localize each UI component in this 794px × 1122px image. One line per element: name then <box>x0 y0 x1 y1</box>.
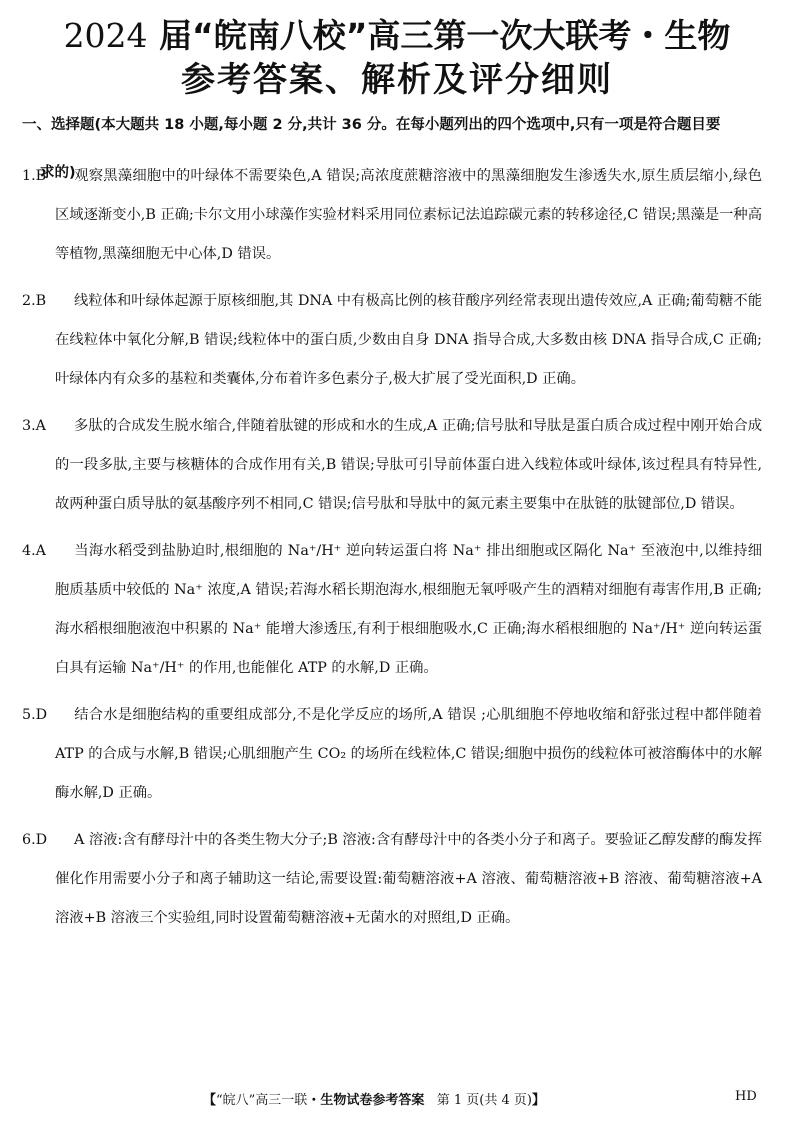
footer-bracket-open: 【 <box>203 1093 216 1108</box>
answer-item-2: 2.B线粒体和叶绿体起源于原核细胞,其 DNA 中有极高比例的核苷酸序列经常表现… <box>22 282 762 399</box>
footer-exam-name: “皖八”高三一联 <box>216 1093 307 1108</box>
answer-number: 5.D <box>22 696 74 735</box>
footer-code: HD <box>735 1089 757 1104</box>
footer-caption: 【“皖八”高三一联・生物试卷参考答案 第 1 页(共 4 页)】 <box>203 1089 545 1108</box>
document-subtitle: 参考答案、解析及评分细则 <box>0 58 794 102</box>
answer-item-1: 1.B观察黑藻细胞中的叶绿体不需要染色,A 错误;高浓度蔗糖溶液中的黑藻细胞发生… <box>22 157 762 274</box>
answer-number: 3.A <box>22 407 74 446</box>
answer-number: 1.B <box>22 157 74 196</box>
section-heading-line1: 一、选择题(本大题共 18 小题,每小题 2 分,共计 36 分。在每小题列出的… <box>22 117 720 133</box>
title-year: 2024 <box>64 16 148 55</box>
answer-item-3: 3.A多肽的合成发生脱水缩合,伴随着肽键的形成和水的生成,A 正确;信号肽和导肽… <box>22 407 762 524</box>
answer-explanation: A 溶液:含有酵母汁中的各类生物大分子;B 溶液:含有酵母汁中的各类小分子和离子… <box>55 832 762 926</box>
answer-explanation: 结合水是细胞结构的重要组成部分,不是化学反应的场所,A 错误 ;心肌细胞不停地收… <box>55 707 762 801</box>
footer-bracket-close: 】 <box>532 1093 545 1108</box>
answer-number: 4.A <box>22 532 74 571</box>
answer-explanation: 多肽的合成发生脱水缩合,伴随着肽键的形成和水的生成,A 正确;信号肽和导肽是蛋白… <box>55 418 762 512</box>
answer-item-6: 6.DA 溶液:含有酵母汁中的各类生物大分子;B 溶液:含有酵母汁中的各类小分子… <box>22 821 762 938</box>
answer-number: 2.B <box>22 282 74 321</box>
footer-doc-name: 生物试卷参考答案 <box>320 1093 424 1108</box>
document-title: 2024 届“皖南八校”高三第一次大联考・生物 <box>0 14 794 58</box>
footer-dot: ・ <box>307 1093 320 1108</box>
footer-page-info: 第 1 页(共 4 页) <box>437 1093 532 1108</box>
answer-item-5: 5.D结合水是细胞结构的重要组成部分,不是化学反应的场所,A 错误 ;心肌细胞不… <box>22 696 762 813</box>
answer-explanation: 观察黑藻细胞中的叶绿体不需要染色,A 错误;高浓度蔗糖溶液中的黑藻细胞发生渗透失… <box>55 168 762 262</box>
answer-number: 6.D <box>22 821 74 860</box>
title-text: 届“皖南八校”高三第一次大联考・生物 <box>159 16 730 55</box>
answer-list: 1.B观察黑藻细胞中的叶绿体不需要染色,A 错误;高浓度蔗糖溶液中的黑藻细胞发生… <box>22 157 762 946</box>
answer-explanation: 当海水稻受到盐胁迫时,根细胞的 Na⁺/H⁺ 逆向转运蛋白将 Na⁺ 排出细胞或… <box>55 543 762 676</box>
answer-item-4: 4.A当海水稻受到盐胁迫时,根细胞的 Na⁺/H⁺ 逆向转运蛋白将 Na⁺ 排出… <box>22 532 762 688</box>
answer-explanation: 线粒体和叶绿体起源于原核细胞,其 DNA 中有极高比例的核苷酸序列经常表现出遗传… <box>55 293 762 387</box>
